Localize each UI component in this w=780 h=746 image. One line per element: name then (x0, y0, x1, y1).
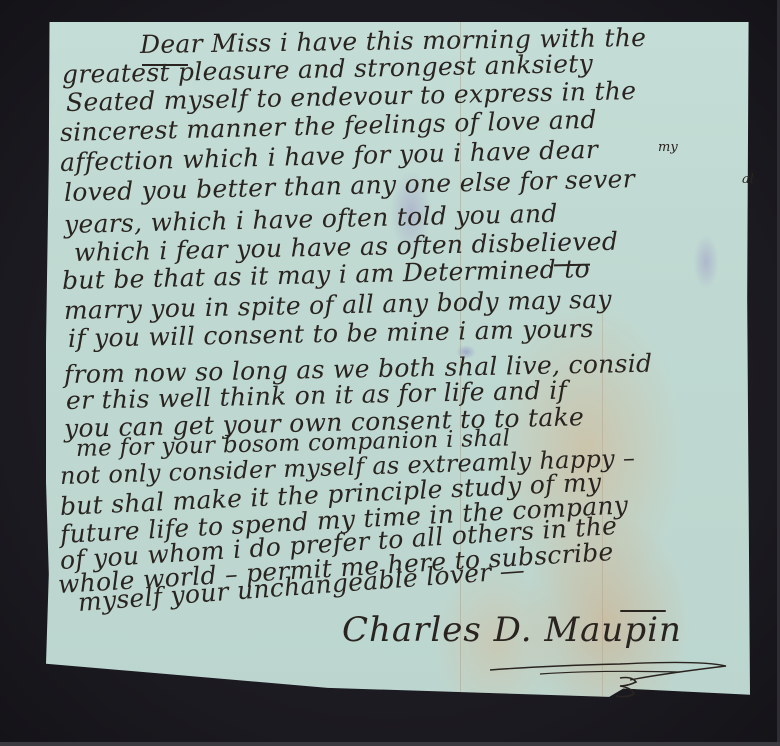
viewer-bottom-edge (0, 742, 780, 746)
document-viewer: Dear Miss i have this morning with the g… (0, 0, 780, 746)
interlinear-insertion: my (658, 140, 678, 155)
interlinear-insertion: al (742, 172, 754, 187)
signature-flourish-icon (480, 630, 740, 700)
